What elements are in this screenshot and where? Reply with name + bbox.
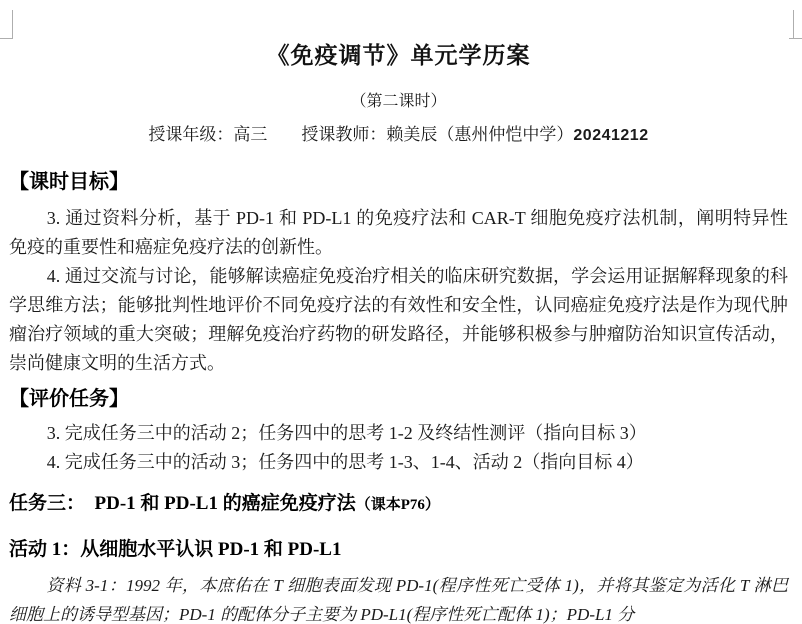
- task3-heading: 任务三： PD-1 和 PD-L1 的癌症免疫疗法（课本P76）: [9, 492, 788, 517]
- objective-item-3: 3. 通过资料分析，基于 PD-1 和 PD-L1 的免疫疗法和 CAR-T 细…: [9, 204, 788, 262]
- page-margin-mark-top-left-horizontal: [0, 38, 13, 39]
- objective-item-4: 4. 通过交流与讨论，能够解读癌症免疫治疗相关的临床研究数据，学会运用证据解释现…: [9, 262, 788, 378]
- evaluation-item-3: 3. 完成任务三中的活动 2；任务四中的思考 1-2 及终结性测评（指向目标 3…: [9, 419, 788, 448]
- activity1-heading: 活动 1：从细胞水平认识 PD-1 和 PD-L1: [9, 537, 788, 562]
- meta-grade-teacher-text: 授课年级：高三 授课教师：赖美辰（惠州仲恺中学）: [148, 125, 573, 144]
- page-margin-mark-top-right-horizontal: [789, 38, 802, 39]
- section-heading-lesson-objectives: 【课时目标】: [9, 169, 788, 195]
- section-heading-evaluation-tasks: 【评价任务】: [9, 386, 788, 412]
- page-margin-mark-top-right-vertical: [793, 10, 794, 38]
- page-margin-mark-top-left-vertical: [12, 10, 13, 38]
- lesson-plan-page: { "document": { "title": "《免疫调节》单元学历案", …: [0, 0, 802, 624]
- document-body: 《免疫调节》单元学历案 （第二课时） 授课年级：高三 授课教师：赖美辰（惠州仲恺…: [0, 40, 802, 624]
- evaluation-item-4: 4. 完成任务三中的活动 3；任务四中的思考 1-3、1-4、活动 2（指向目标…: [9, 448, 788, 477]
- task3-heading-textbook-note: （课本P76）: [356, 497, 440, 513]
- meta-line: 授课年级：高三 授课教师：赖美辰（惠州仲恺中学）20241212: [9, 123, 788, 148]
- material-3-1-paragraph: 资料 3-1：1992 年，本庶佑在 T 细胞表面发现 PD-1(程序性死亡受体…: [9, 571, 788, 624]
- task3-heading-main: 任务三： PD-1 和 PD-L1 的癌症免疫疗法: [9, 493, 356, 514]
- lesson-session-subtitle: （第二课时）: [9, 91, 788, 113]
- meta-date: 20241212: [573, 127, 648, 144]
- page-title: 《免疫调节》单元学历案: [9, 40, 788, 71]
